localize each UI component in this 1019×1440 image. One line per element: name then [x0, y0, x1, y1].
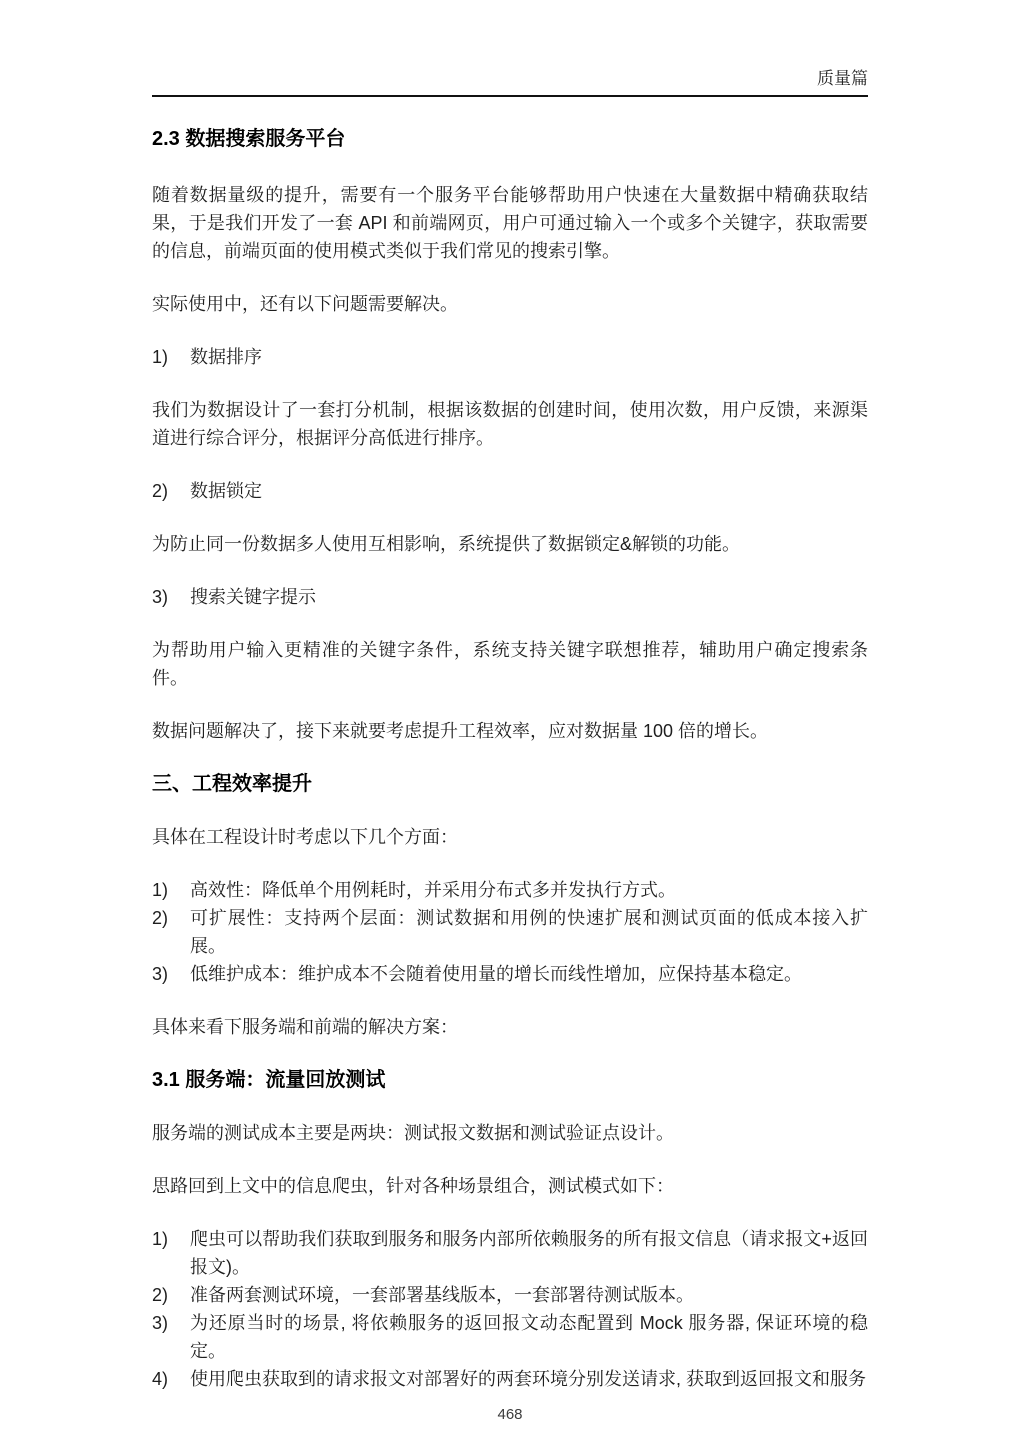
- design-considerations-list: 1) 高效性：降低单个用例耗时，并采用分布式多并发执行方式。 2) 可扩展性：支…: [152, 876, 868, 988]
- paragraph-problems-lead: 实际使用中，还有以下问题需要解决。: [152, 290, 868, 318]
- list-item-number: 4): [152, 1365, 190, 1393]
- paragraph-server-cost: 服务端的测试成本主要是两块：测试报文数据和测试验证点设计。: [152, 1119, 868, 1147]
- list-item-number: 3): [152, 960, 190, 988]
- list-item-text: 爬虫可以帮助我们获取到服务和服务内部所依赖服务的所有报文信息（请求报文+返回报文…: [190, 1225, 868, 1281]
- list-item-data-lock: 2) 数据锁定: [152, 477, 868, 505]
- paragraph-scoring: 我们为数据设计了一套打分机制，根据该数据的创建时间，使用次数，用户反馈，来源渠道…: [152, 396, 868, 452]
- replay-test-steps-list: 1) 爬虫可以帮助我们获取到服务和服务内部所依赖服务的所有报文信息（请求报文+返…: [152, 1225, 868, 1393]
- list-item-efficiency: 1) 高效性：降低单个用例耗时，并采用分布式多并发执行方式。: [152, 876, 868, 904]
- page-number: 468: [497, 1406, 522, 1423]
- document-page: 质量篇 2.3 数据搜索服务平台 随着数据量级的提升，需要有一个服务平台能够帮助…: [0, 0, 1019, 1440]
- list-item-text: 搜索关键字提示: [190, 583, 868, 611]
- header-rule: [152, 95, 868, 97]
- list-item-number: 3): [152, 583, 190, 611]
- list-item-keyword-hint: 3) 搜索关键字提示: [152, 583, 868, 611]
- list-item-text: 使用爬虫获取到的请求报文对部署好的两套环境分别发送请求, 获取到返回报文和服务: [190, 1365, 868, 1393]
- list-item-text: 低维护成本：维护成本不会随着使用量的增长而线性增加，应保持基本稳定。: [190, 960, 868, 988]
- paragraph-solutions-lead: 具体来看下服务端和前端的解决方案：: [152, 1013, 868, 1041]
- list-item-number: 1): [152, 876, 190, 904]
- list-item-number: 2): [152, 904, 190, 960]
- list-item-number: 3): [152, 1309, 190, 1365]
- list-item-crawler-messages: 1) 爬虫可以帮助我们获取到服务和服务内部所依赖服务的所有报文信息（请求报文+返…: [152, 1225, 868, 1281]
- list-item-text: 可扩展性：支持两个层面：测试数据和用例的快速扩展和测试页面的低成本接入扩展。: [190, 904, 868, 960]
- paragraph-transition: 数据问题解决了，接下来就要考虑提升工程效率，应对数据量 100 倍的增长。: [152, 717, 868, 745]
- running-header-title: 质量篇: [817, 69, 868, 88]
- list-item-mock-server: 3) 为还原当时的场景, 将依赖服务的返回报文动态配置到 Mock 服务器, 保…: [152, 1309, 868, 1365]
- list-item-low-maintenance: 3) 低维护成本：维护成本不会随着使用量的增长而线性增加，应保持基本稳定。: [152, 960, 868, 988]
- paragraph-intro: 随着数据量级的提升，需要有一个服务平台能够帮助用户快速在大量数据中精确获取结果，…: [152, 181, 868, 265]
- list-item-data-sort: 1) 数据排序: [152, 343, 868, 371]
- list-item-text: 准备两套测试环境，一套部署基线版本，一套部署待测试版本。: [190, 1281, 868, 1309]
- list-item-two-envs: 2) 准备两套测试环境，一套部署基线版本，一套部署待测试版本。: [152, 1281, 868, 1309]
- paragraph-locking: 为防止同一份数据多人使用互相影响，系统提供了数据锁定&解锁的功能。: [152, 530, 868, 558]
- paragraph-suggestion: 为帮助用户输入更精准的关键字条件，系统支持关键字联想推荐，辅助用户确定搜索条件。: [152, 636, 868, 692]
- list-item-text: 数据锁定: [190, 477, 868, 505]
- section-heading-2-3: 2.3 数据搜索服务平台: [152, 125, 868, 153]
- paragraph-crawler-lead: 思路回到上文中的信息爬虫，针对各种场景组合，测试模式如下：: [152, 1172, 868, 1200]
- paragraph-design-lead: 具体在工程设计时考虑以下几个方面：: [152, 823, 868, 851]
- list-item-text: 高效性：降低单个用例耗时，并采用分布式多并发执行方式。: [190, 876, 868, 904]
- list-item-extensibility: 2) 可扩展性：支持两个层面：测试数据和用例的快速扩展和测试页面的低成本接入扩展…: [152, 904, 868, 960]
- list-item-number: 1): [152, 343, 190, 371]
- document-body: 2.3 数据搜索服务平台 随着数据量级的提升，需要有一个服务平台能够帮助用户快速…: [152, 125, 868, 1393]
- section-heading-3: 三、工程效率提升: [152, 770, 868, 798]
- section-heading-3-1: 3.1 服务端：流量回放测试: [152, 1066, 868, 1094]
- list-item-send-requests: 4) 使用爬虫获取到的请求报文对部署好的两套环境分别发送请求, 获取到返回报文和…: [152, 1365, 868, 1393]
- list-item-text: 数据排序: [190, 343, 868, 371]
- list-item-text: 为还原当时的场景, 将依赖服务的返回报文动态配置到 Mock 服务器, 保证环境…: [190, 1309, 868, 1365]
- list-item-number: 1): [152, 1225, 190, 1281]
- list-item-number: 2): [152, 1281, 190, 1309]
- page-header: 质量篇: [152, 0, 868, 97]
- list-item-number: 2): [152, 477, 190, 505]
- page-footer: 468: [152, 1405, 868, 1425]
